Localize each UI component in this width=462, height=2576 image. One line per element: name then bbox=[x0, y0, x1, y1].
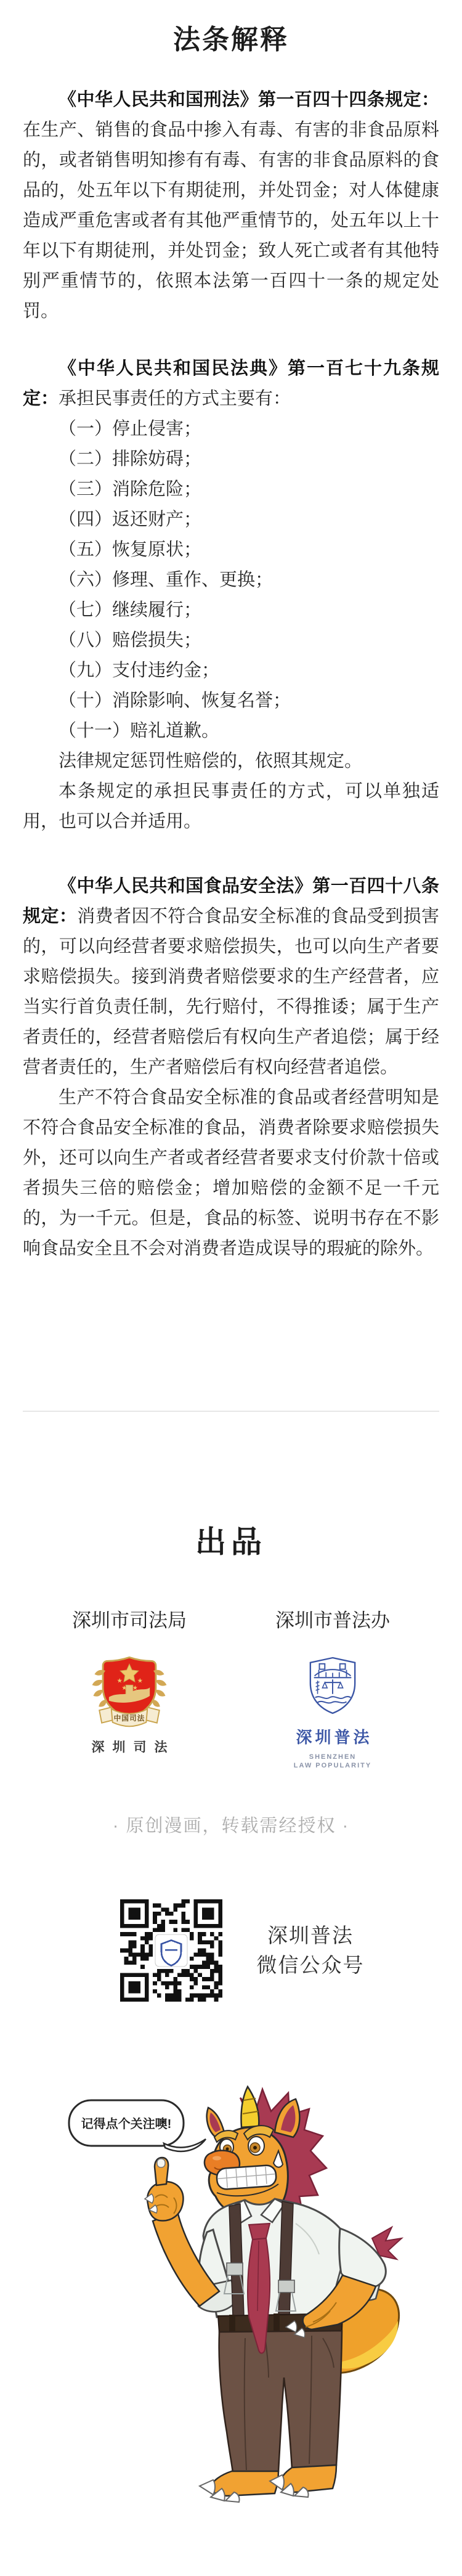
list-item: （三）消除危险； bbox=[59, 475, 439, 505]
qr-code bbox=[120, 1899, 222, 2002]
qr-caption: 深圳普法 微信公众号 bbox=[257, 1921, 365, 1980]
list-item: （九）支付违约金； bbox=[59, 656, 439, 686]
article-body-2: 生产不符合食品安全标准的食品或者经营明知是不符合食品安全标准的食品，消费者除要求… bbox=[23, 1083, 439, 1264]
svg-text:★: ★ bbox=[117, 1677, 123, 1684]
article-body: 在生产、销售的食品中掺入有毒、有害的非食品原料的，或者销售明知掺有有毒、有害的非… bbox=[23, 120, 439, 321]
article-extra: 法律规定惩罚性赔偿的，依照其规定。 bbox=[23, 746, 439, 776]
list-item: （一）停止侵害； bbox=[59, 414, 439, 444]
org-caption-english: SHENZHEN bbox=[248, 1753, 418, 1761]
law-popularization-shield-icon bbox=[248, 1655, 418, 1719]
article-lead: 《中华人民共和国刑法》第一百四十四条规定： bbox=[59, 90, 439, 110]
qr-caption-line2: 微信公众号 bbox=[257, 1950, 365, 1980]
list-item: （五）恢复原状； bbox=[59, 535, 439, 565]
org-caption-english: LAW POPULARITY bbox=[248, 1761, 418, 1770]
org-name: 深圳市普法办 bbox=[248, 1610, 418, 1632]
article-civil-code: 《中华人民共和国民法典》第一百七十九条规定：承担民事责任的方式主要有： bbox=[23, 354, 439, 414]
list-item: （十）消除影响、恢复名誉； bbox=[59, 686, 439, 716]
org-logo-caption: 深圳司法 bbox=[44, 1737, 214, 1756]
section-divider bbox=[23, 1411, 439, 1412]
org-law-popularization-office: 深圳市普法办 深圳普法 SHENZHEN LAW POPU bbox=[248, 1610, 418, 1770]
article-page: 法条解释 《中华人民共和国刑法》第一百四十四条规定：在生产、销售的食品中掺入有毒… bbox=[0, 0, 462, 2576]
qr-section: 深圳普法 微信公众号 bbox=[0, 1899, 462, 2002]
mascot-horn bbox=[241, 2087, 259, 2127]
speech-bubble: 记得点个关注噢! bbox=[69, 2100, 206, 2151]
article-body: 消费者因不符合食品安全标准的食品受到损害的，可以向经营者要求赔偿损失，也可以向生… bbox=[23, 907, 439, 1077]
article-food-safety-law: 《中华人民共和国食品安全法》第一百四十八条规定：消费者因不符合食品安全标准的食品… bbox=[23, 871, 439, 1083]
list-item: （十一）赔礼道歉。 bbox=[59, 716, 439, 746]
org-justice-bureau: 深圳市司法局 bbox=[44, 1610, 214, 1770]
svg-text:★: ★ bbox=[137, 1677, 144, 1684]
article-criminal-law: 《中华人民共和国刑法》第一百四十四条规定：在生产、销售的食品中掺入有毒、有害的非… bbox=[23, 85, 439, 327]
law-text-body: 《中华人民共和国刑法》第一百四十四条规定：在生产、销售的食品中掺入有毒、有害的非… bbox=[23, 85, 439, 1264]
copyright-notice: · 原创漫画，转载需经授权 · bbox=[0, 1812, 462, 1837]
list-item: （八）赔偿损失； bbox=[59, 626, 439, 656]
article-body: 承担民事责任的方式主要有： bbox=[59, 389, 291, 409]
credits-heading: 出品 bbox=[0, 1517, 462, 1562]
badge-banner-label: 中国司法 bbox=[114, 1714, 145, 1722]
mascot-grin bbox=[216, 2165, 277, 2190]
org-name: 深圳市司法局 bbox=[44, 1610, 214, 1632]
list-item: （四）返还财产； bbox=[59, 505, 439, 535]
page-title: 法条解释 bbox=[0, 17, 462, 57]
org-logo-caption: 深圳普法 bbox=[248, 1725, 418, 1748]
article-extra: 本条规定的承担民事责任的方式，可以单独适用，也可以合并适用。 bbox=[23, 776, 439, 837]
list-item: （七）继续履行； bbox=[59, 595, 439, 626]
list-item: （六）修理、重作、更换； bbox=[59, 565, 439, 595]
list-item: （二）排除妨碍； bbox=[59, 444, 439, 475]
mascot-trousers bbox=[219, 2331, 342, 2472]
mascot-illustration: 记得点个关注噢! bbox=[0, 2077, 462, 2576]
justice-bureau-badge-icon: ★ ★ ★ ★ 中国司法 bbox=[44, 1652, 214, 1735]
speech-bubble-text: 记得点个关注噢! bbox=[81, 2116, 172, 2131]
qr-caption-line1: 深圳普法 bbox=[257, 1921, 365, 1950]
mascot-tie-knot bbox=[249, 2223, 270, 2240]
credits-orgs: 深圳市司法局 bbox=[0, 1610, 462, 1770]
